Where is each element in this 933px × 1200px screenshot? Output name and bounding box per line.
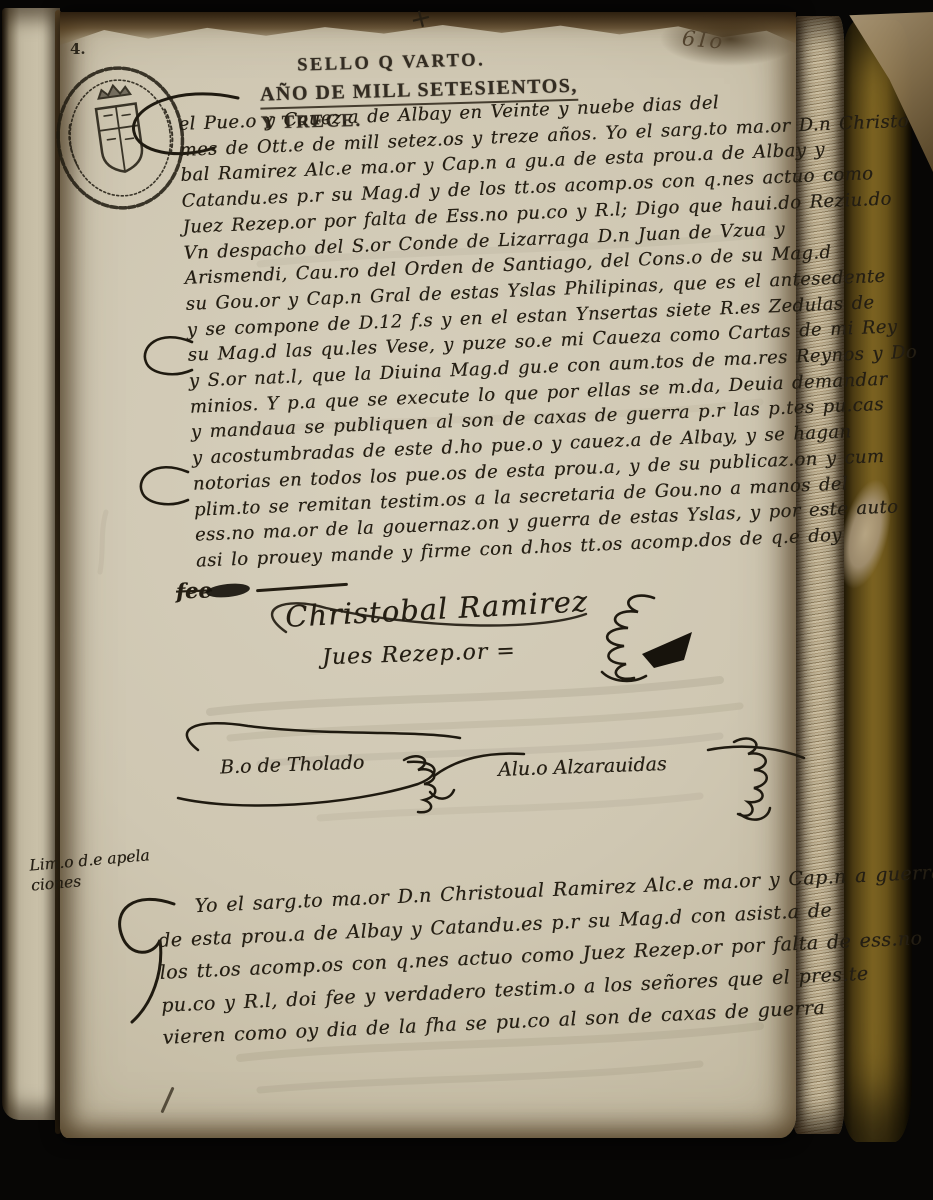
folio-number: 6Io: [681, 26, 726, 54]
certification-body-text: Yo el sarg.to ma.or D.n Christoual Ramir…: [156, 862, 828, 1054]
margin-flourish: [134, 462, 194, 512]
seal-class-number: 4.: [70, 40, 86, 58]
stray-ink-mark: [160, 1087, 174, 1114]
signature-rubric-paraph: [584, 588, 700, 688]
invocation-cross-mark: +: [407, 2, 435, 36]
ink-blot: [205, 582, 250, 600]
closing-dash-rule: [256, 583, 348, 592]
signature-title: Jues Rezep.or =: [322, 639, 517, 671]
underlying-page-edge: [2, 8, 60, 1120]
auto-body-text: el Pue.o y Cauez.a de Albay en Veinte y …: [178, 86, 856, 575]
manuscript-photograph: 4. + 6Io SELLO Q VARTO. AÑO DE MILL SETE…: [0, 0, 933, 1200]
manuscript-page: 4. + 6Io SELLO Q VARTO. AÑO DE MILL SETE…: [60, 12, 796, 1138]
